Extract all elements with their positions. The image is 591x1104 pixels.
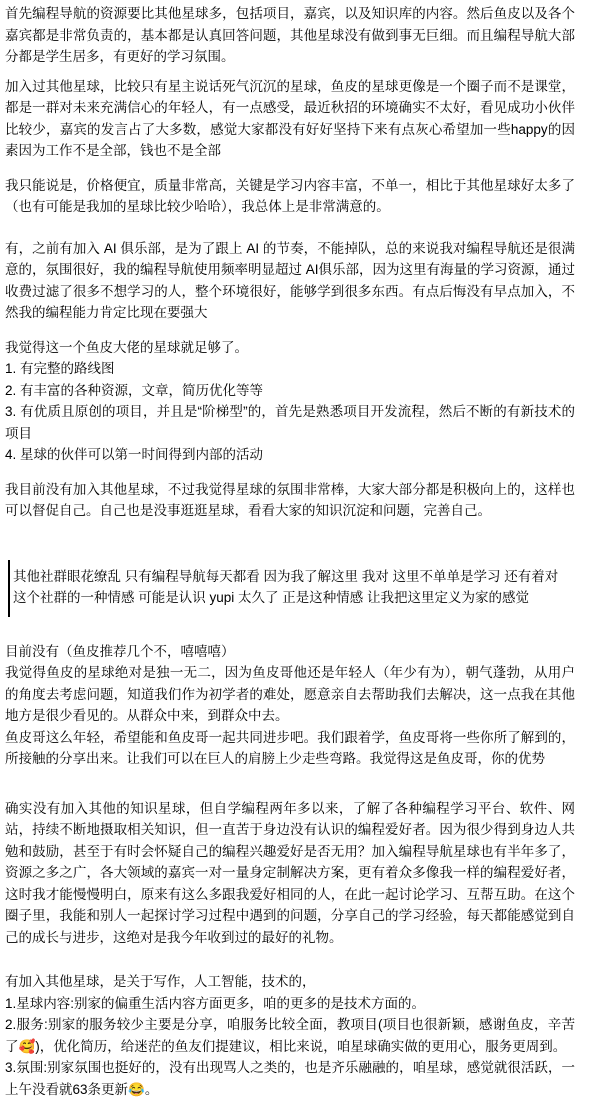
review-paragraph-self-study: 确实没有加入其他的知识星球，但自学编程两年多以来，了解了各种编程学习平台、软件、… (5, 798, 575, 949)
review-paragraph-comparison-list: 有加入其他星球，是关于写作，人工智能，技术的， 1.星球内容:别家的偏重生活内容… (5, 971, 575, 1100)
review-blockquote-home-feeling: 其他社群眼花缭乱 只有编程导航每天都看 因为我了解这里 我对 这里不单单是学习 … (8, 560, 575, 617)
review-paragraph-other-planets: 加入过其他星球，比较只有星主说话死气沉沉的星球，鱼皮的星球更像是一个圈子而不是课… (5, 76, 575, 162)
document-page: 首先编程导航的资源要比其他星球多，包括项目，嘉宾，以及知识库的内容。然后鱼皮以及… (0, 0, 591, 1104)
review-paragraph-resources: 首先编程导航的资源要比其他星球多，包括项目，嘉宾，以及知识库的内容。然后鱼皮以及… (5, 3, 575, 68)
review-paragraph-numbered-benefits: 我觉得这一个鱼皮大佬的星球就足够了。 1. 有完整的路线图 2. 有丰富的各种资… (5, 337, 575, 466)
review-paragraph-ai-club: 有，之前有加入 AI 俱乐部，是为了跟上 AI 的节奏，不能掉队，总的来说我对编… (5, 238, 575, 324)
review-paragraph-price-quality: 我只能说是，价格便宜，质量非常高，关键是学习内容丰富，不单一，相比于其他星球好太… (5, 175, 575, 218)
review-paragraph-atmosphere: 我目前没有加入其他星球，不过我觉得星球的氛围非常棒，大家大部分都是积极向上的，这… (5, 479, 575, 522)
review-paragraph-yupi-young: 目前没有（鱼皮推荐几个不，嘻嘻嘻） 我觉得鱼皮的星球绝对是独一无二，因为鱼皮哥他… (5, 641, 575, 770)
